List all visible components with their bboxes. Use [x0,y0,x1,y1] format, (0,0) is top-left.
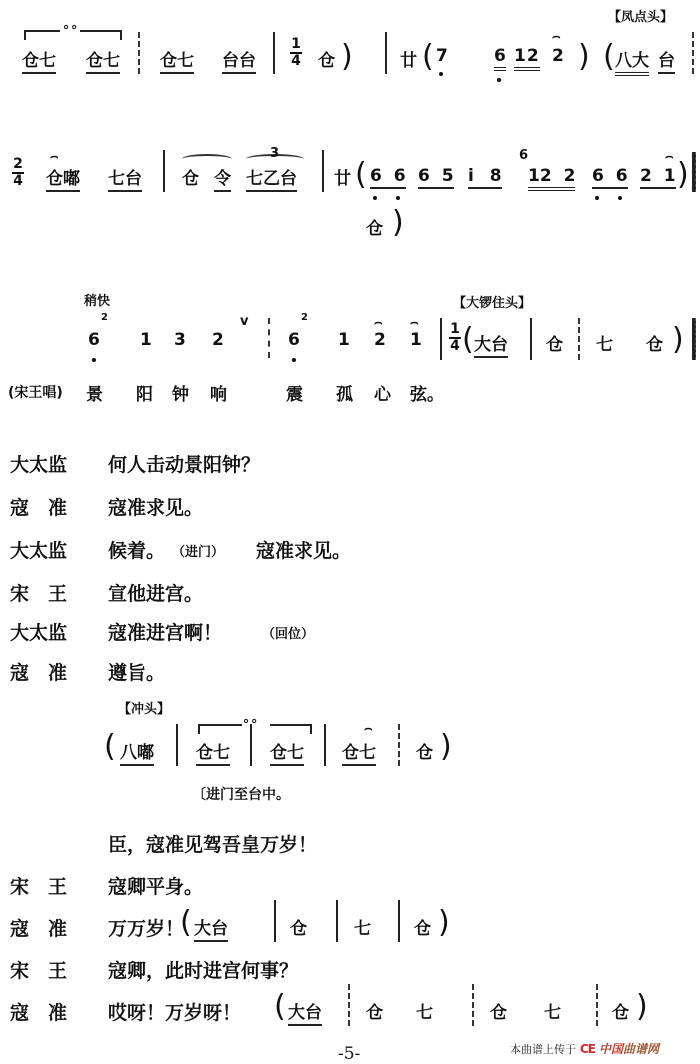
low-octave-dot [92,358,96,362]
perc-qi: 七 [354,914,371,939]
perc-cang: 仓 [318,46,335,71]
perc-qiyitai: 七乙台 [246,164,297,192]
fermata-icon: ⌢ [50,152,59,162]
perc-badai: 八大 [615,46,649,76]
free-meter-mark: 廿 [334,164,351,189]
barline-end [692,318,696,360]
role-name: 大太监 [10,536,67,563]
singer-label: (宋王唱) [8,382,63,402]
dialogue-line: 寇卿，此时进宫何事？ [108,956,298,983]
perc-ling: 令 [214,164,231,192]
note-6: 6 [88,330,100,350]
low-octave-dot [595,196,599,200]
role-name: 大太监 [10,618,67,645]
dialogue-line: 宣他进宫。 [108,579,203,606]
barline-dashed [268,318,270,358]
bracket-mark: ∘∘ [60,20,80,35]
lyric: 弦。 [410,380,444,405]
close-paren: ) [438,908,450,938]
low-octave-dot [292,358,296,362]
perc-cang-under: 仓 [366,214,383,239]
lyric: 响 [210,380,227,405]
low-octave-dot [439,72,443,76]
note-3: 3 [174,330,186,350]
barline [273,32,275,74]
watermark: 本曲谱上传于 CE 中国曲谱网 [510,1040,659,1057]
barline [250,724,252,766]
perc-datai: 大台 [288,998,322,1026]
lyric: 孤 [336,380,353,405]
perc-datai: 大台 [474,330,508,358]
perc-qitai: 七台 [108,164,142,192]
grace-note: 6 [519,148,528,163]
time-signature-1-4: 14 [290,38,302,68]
note-7: 7 [436,46,448,66]
open-paren: ( [274,992,286,1022]
dialogue-line: 候着。 [108,536,165,563]
perc-qi: 七 [596,330,613,355]
fermata-icon: ⌢ [374,318,383,328]
fermata-icon: ⌢ [364,724,373,734]
dialogue-line: 寇卿平身。 [108,872,203,899]
fermata-icon: ⌢ [410,318,419,328]
site-name-part1: 中国 [599,1040,623,1057]
low-octave-dot [396,196,400,200]
perc-cang: 仓 [416,738,433,763]
perc-cangqi-2: 仓七 [86,46,120,74]
dialogue-line: 寇准求见。 [108,493,203,520]
barline-dashed [138,32,140,74]
lyric: 钟 [172,380,189,405]
barline [336,900,338,942]
dialogue-line: 何人击动景阳钟？ [108,450,260,477]
perc-tai: 台 [658,46,675,74]
tuplet-number: 3 [270,146,279,161]
role-name: 寇 准 [10,658,67,685]
barline-dashed [578,318,580,360]
section-label-fengdiantou: 【凤点头】 [608,6,673,25]
repeat-bracket [270,724,312,734]
role-name: 寇 准 [10,998,67,1025]
close-paren: ) [392,208,404,238]
notes-12-2: 12 2 [528,166,575,191]
dialogue-line: 万万岁！ [108,914,184,941]
close-paren: ) [578,42,590,72]
perc-cangqi: 仓七 [196,738,230,766]
section-label-daluozhutou: 【大锣住头】 [453,292,531,311]
close-paren: ) [341,42,353,72]
barline-dashed [692,32,694,74]
low-octave-dot [497,78,501,82]
dialogue-line: 寇准求见。 [256,536,351,563]
perc-cang: 仓 [290,914,307,939]
role-name: 宋 王 [10,579,67,606]
lyric: 景 [86,380,103,405]
barline [530,318,532,360]
perc-cang: 仓 [546,330,563,355]
close-paren: ) [440,732,452,762]
open-paren: ( [104,732,116,762]
notes-66-a: 6 6 [370,166,406,189]
barline [398,900,400,942]
tempo-marking: 稍快 [84,290,110,309]
note-2: 2 [552,46,564,66]
perc-cang: 仓 [182,164,199,189]
page-number: -5- [338,1044,360,1064]
perc-badu: 八嘟 [120,738,154,766]
barline [176,724,178,766]
time-signature-1-4: 14 [449,323,461,353]
lyric: 阳 [136,380,153,405]
low-octave-dot [373,196,377,200]
close-paren: ) [677,160,689,190]
perc-cangqi-3: 仓七 [160,46,194,74]
open-paren: ( [462,325,474,355]
perc-cang: 仓 [646,330,663,355]
stage-direction: 〔进门至台中。 [192,784,290,804]
open-paren: ( [355,160,367,190]
perc-qi: 七 [416,998,433,1023]
lyric: 震 [286,380,303,405]
site-logo-icon: CE [580,1042,595,1056]
free-meter-mark: 廿 [400,46,417,71]
notes-i8: i 8 [468,166,502,189]
barline-end [692,152,696,192]
watermark-prefix: 本曲谱上传于 [510,1041,576,1057]
role-name: 大太监 [10,450,67,477]
note-1: 1 [338,330,350,350]
note-2: 2 [374,330,386,350]
time-signature-2-4: 24 [12,158,24,188]
perc-cang: 仓 [612,998,629,1023]
notes-21: 2 1 [640,166,676,189]
low-octave-dot [618,196,622,200]
dialogue-line: 遵旨。 [108,658,165,685]
perc-cangqi: 仓七 [270,738,304,766]
role-name: 宋 王 [10,872,67,899]
dialogue-line: 臣，寇准见驾吾皇万岁！ [108,830,317,857]
perc-cang: 仓 [490,998,507,1023]
open-paren: ( [603,42,615,72]
barline-dashed [472,984,474,1026]
close-paren: ) [636,992,648,1022]
role-name: 寇 准 [10,493,67,520]
barline [324,724,326,766]
barline-dashed [596,984,598,1026]
stage-direction: （回位） [262,623,314,642]
perc-taitai: 台台 [222,46,256,74]
stage-direction: （进门） [172,541,224,560]
note-1: 1 [140,330,152,350]
barline-dashed [348,984,350,1026]
barline [163,150,165,192]
perc-cangqi: 仓七 [342,738,376,766]
note-1: 1 [410,330,422,350]
grace-note: 2 [101,312,108,323]
section-label-chongtou: 【冲头】 [118,698,170,717]
perc-cangdu: 仓嘟 [46,164,80,192]
notes-66-b: 6 6 [592,166,628,189]
perc-cangqi-1: 仓七 [22,46,56,74]
barline [322,150,324,192]
open-paren: ( [422,42,434,72]
note-12: 12 [514,46,540,71]
site-name-part2: 曲谱网 [623,1040,659,1057]
barline [385,32,387,74]
perc-cang: 仓 [414,914,431,939]
grace-note: 2 [301,312,308,323]
breath-mark: v [240,314,248,329]
role-name: 宋 王 [10,956,67,983]
dialogue-line: 寇准进宫啊！ [108,618,222,645]
role-name: 寇 准 [10,914,67,941]
perc-qi: 七 [544,998,561,1023]
fermata-icon: ⌢ [552,32,561,42]
note-6: 6 [288,330,300,350]
open-paren: ( [180,908,192,938]
close-paren: ) [672,325,684,355]
note-6: 6 [494,46,506,71]
lyric: 心 [374,380,391,405]
repeat-bracket [198,724,242,734]
barline [440,318,442,360]
perc-cang: 仓 [366,998,383,1023]
barline [274,900,276,942]
note-2: 2 [212,330,224,350]
barline-dashed [398,724,400,766]
slur-tie [182,154,232,164]
notes-65: 6 5 [418,166,454,189]
dialogue-line: 哎呀！万岁呀！ [108,998,241,1025]
perc-datai: 大台 [194,914,228,942]
fermata-icon: ⌢ [665,152,674,162]
